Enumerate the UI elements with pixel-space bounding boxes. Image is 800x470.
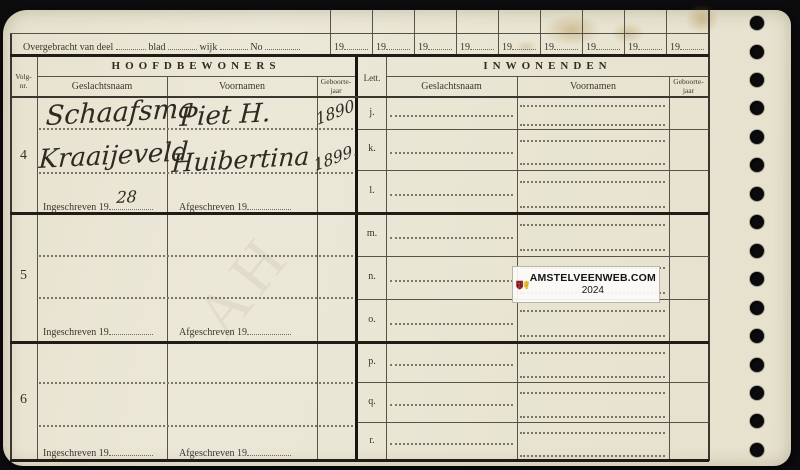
amstelveen-crest-icon — [516, 274, 523, 296]
transfer-row: Overgebracht van deel blad wijk No — [23, 40, 300, 53]
dotted-blank — [116, 40, 146, 50]
dotted-blank — [596, 40, 620, 50]
grid-line — [358, 422, 709, 423]
entry-line — [390, 443, 513, 445]
col-volgnr: Volg- nr. — [10, 73, 37, 90]
year-label: 19 — [544, 42, 554, 53]
col-geb-line2: jaar — [317, 87, 355, 96]
dotted-blank — [470, 40, 494, 50]
entry-line — [520, 124, 665, 126]
ingeschreven-text: Ingeschreven 19 — [43, 202, 109, 213]
grid-line — [358, 382, 709, 383]
year-cell: 19 — [586, 40, 620, 53]
punch-hole — [750, 272, 764, 286]
year-cell: 19 — [544, 40, 578, 53]
handwritten-surname: Schaafsma — [45, 93, 195, 132]
watermark-site: AMSTELVEENWEB.COM — [530, 273, 656, 285]
row-letter: m. — [358, 228, 386, 239]
watermark-text: AMSTELVEENWEB.COM 2024 — [530, 273, 656, 296]
col-geslachtsnaam-right: Geslachtsnaam — [386, 81, 517, 92]
dotted-blank — [554, 40, 578, 50]
punch-hole — [750, 187, 764, 201]
dotted-blank — [247, 446, 291, 456]
punch-hole — [750, 244, 764, 258]
punch-hole — [750, 443, 764, 457]
entry-line — [520, 376, 665, 378]
section-number: 5 — [10, 268, 37, 284]
grid-line — [358, 256, 709, 257]
year-label: 19 — [418, 42, 428, 53]
row-letter: l. — [358, 185, 386, 196]
dotted-blank — [265, 40, 300, 50]
ingeschreven-label: Ingeschreven 19 — [43, 325, 153, 338]
entry-line — [520, 432, 665, 434]
punch-hole — [750, 301, 764, 315]
entry-line — [390, 280, 513, 282]
year-cell: 19 — [376, 40, 410, 53]
grid-line — [386, 56, 387, 461]
col-geboortejaar-left: Geboorte- jaar — [317, 78, 355, 95]
afgeschreven-label: Afgeschreven 19 — [179, 325, 291, 338]
entry-line — [520, 352, 665, 354]
row-letter: j. — [358, 107, 386, 118]
writing-line — [39, 425, 353, 427]
writing-line — [39, 255, 353, 257]
year-cell: 19 — [670, 40, 704, 53]
col-lett: Lett. — [358, 73, 386, 83]
punch-hole — [750, 215, 764, 229]
entry-line — [520, 335, 665, 337]
year-cell: 19 — [418, 40, 452, 53]
right-table-title: INWONENDEN — [386, 60, 709, 72]
ingeschreven-text: Ingeschreven 19 — [43, 327, 109, 338]
dotted-blank — [428, 40, 452, 50]
entry-line — [390, 404, 513, 406]
handwritten-firstnames: Piet H. — [179, 98, 271, 133]
grid-line — [669, 76, 670, 461]
transfer-label: Overgebracht van deel — [23, 42, 113, 53]
row-letter: r. — [358, 435, 386, 446]
dotted-blank — [247, 325, 291, 335]
punch-hole — [750, 386, 764, 400]
col-voornamen-right: Voornamen — [517, 81, 669, 92]
col-geslachtsnaam-left: Geslachtsnaam — [37, 81, 167, 92]
entry-line — [390, 237, 513, 239]
row-letter: o. — [358, 314, 386, 325]
entry-line — [520, 392, 665, 394]
entry-line — [390, 364, 513, 366]
entry-line — [520, 455, 665, 457]
table-border — [10, 459, 709, 462]
afgeschreven-label: Afgeschreven 19 — [179, 446, 291, 459]
entry-line — [390, 152, 513, 154]
entry-line — [520, 310, 665, 312]
punch-hole — [750, 73, 764, 87]
dotted-blank — [168, 40, 197, 50]
year-cell: 19 — [460, 40, 494, 53]
punch-hole — [750, 101, 764, 115]
section-number: 6 — [10, 392, 37, 408]
ingeschreven-label: Ingeschreven 19 — [43, 446, 153, 459]
watermark-badge: AMSTELVEENWEB.COM 2024 — [512, 266, 660, 303]
dotted-blank — [680, 40, 704, 50]
handwritten-year-entry: 28 — [116, 187, 137, 207]
entry-line — [390, 194, 513, 196]
ingeschreven-text: Ingeschreven 19 — [43, 448, 109, 459]
grid-line — [10, 33, 709, 34]
entry-line — [520, 249, 665, 251]
entry-line — [520, 163, 665, 165]
dotted-blank — [386, 40, 410, 50]
section-number: 4 — [10, 148, 37, 164]
col-geboortejaar-right: Geboorte- jaar — [669, 78, 708, 95]
grid-line — [37, 76, 355, 77]
year-cell: 19 — [502, 40, 536, 53]
left-table-title: HOOFDBEWONERS — [37, 60, 355, 72]
entry-line — [520, 224, 665, 226]
dotted-blank — [109, 446, 153, 456]
handwritten-birthyear: 1899. — [312, 140, 358, 175]
afgeschreven-text: Afgeschreven 19 — [179, 327, 247, 338]
handwritten-birthyear: 1890 — [314, 95, 356, 129]
grid-line — [358, 129, 709, 130]
year-cell: 19 — [628, 40, 662, 53]
dotted-blank — [512, 40, 536, 50]
col-voornamen-left: Voornamen — [167, 81, 317, 92]
transfer-wijk-label: wijk — [200, 42, 218, 53]
entry-line — [520, 140, 665, 142]
year-label: 19 — [460, 42, 470, 53]
punch-hole — [750, 45, 764, 59]
punch-hole — [750, 329, 764, 343]
row-letter: n. — [358, 271, 386, 282]
punch-hole — [750, 130, 764, 144]
grid-line — [37, 56, 38, 461]
year-label: 19 — [586, 42, 596, 53]
dotted-blank — [344, 40, 368, 50]
col-volgnr-line2: nr. — [10, 82, 37, 91]
punch-hole — [750, 358, 764, 372]
section-divider — [10, 341, 709, 344]
dotted-blank — [247, 200, 291, 210]
writing-line — [39, 382, 353, 384]
grid-line — [317, 76, 318, 461]
afgeschreven-text: Afgeschreven 19 — [179, 448, 247, 459]
table-border — [708, 10, 710, 461]
register-card: AH Overgebracht van deel blad wijk No 19 — [3, 10, 791, 466]
punch-hole — [750, 158, 764, 172]
entry-line — [390, 115, 513, 117]
year-label: 19 — [334, 42, 344, 53]
dotted-blank — [220, 40, 248, 50]
entry-line — [520, 181, 665, 183]
watermark-year: 2024 — [530, 285, 656, 296]
punch-hole — [750, 414, 764, 428]
transfer-blad-label: blad — [148, 42, 165, 53]
row-letter: q. — [358, 396, 386, 407]
grid-line — [386, 76, 709, 77]
year-label: 19 — [670, 42, 680, 53]
grid-line — [167, 76, 168, 461]
transfer-no-label: No — [250, 42, 262, 53]
paper-stain — [685, 4, 719, 34]
row-letter: p. — [358, 356, 386, 367]
entry-line — [390, 323, 513, 325]
dotted-blank — [109, 325, 153, 335]
entry-line — [520, 206, 665, 208]
col-geb-line2: jaar — [669, 87, 708, 96]
grid-line — [358, 170, 709, 171]
year-label: 19 — [502, 42, 512, 53]
punch-hole — [750, 16, 764, 30]
writing-line — [39, 297, 353, 299]
afgeschreven-label: Afgeschreven 19 — [179, 200, 291, 213]
year-cell: 19 — [334, 40, 368, 53]
entry-line — [520, 416, 665, 418]
dotted-blank — [638, 40, 662, 50]
row-letter: k. — [358, 143, 386, 154]
table-border — [10, 54, 709, 57]
afgeschreven-text: Afgeschreven 19 — [179, 202, 247, 213]
year-label: 19 — [376, 42, 386, 53]
year-label: 19 — [628, 42, 638, 53]
entry-line — [520, 105, 665, 107]
